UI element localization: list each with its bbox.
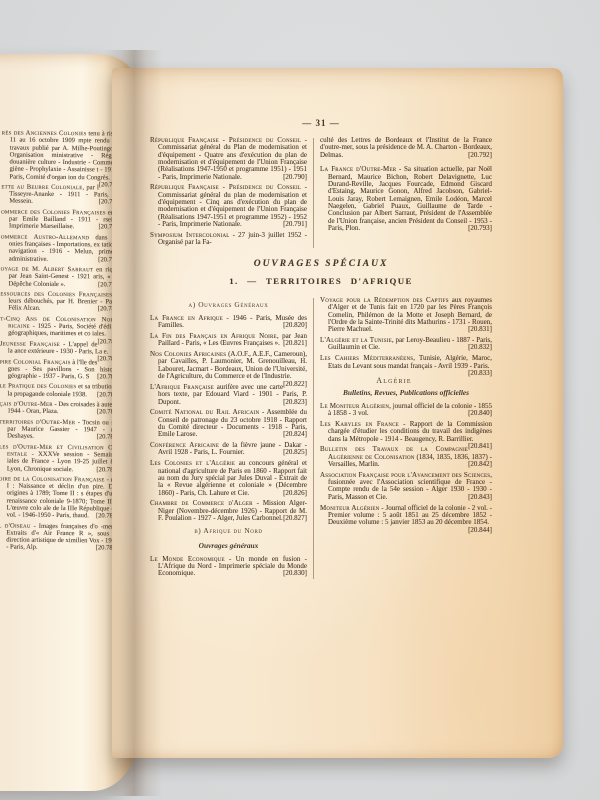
page-number: — 31 —: [150, 118, 492, 128]
bibliography-entry: Les Cahiers Méditerranéens, Tunisie, Alg…: [320, 355, 492, 370]
heading-algerie-sub: Bulletins, Revues, Publications officiel…: [320, 388, 492, 397]
column-divider: [313, 298, 314, 579]
bibliography-entry: Symposium Intercolonial - 27 juin-3 juil…: [150, 232, 307, 247]
entries-ouvrages-generaux: La France en Afrique - 1946 - Paris, Mus…: [150, 315, 307, 522]
heading-algerie: Algérie: [320, 376, 492, 385]
bibliography-entry: La France en Afrique - 1946 - Paris, Mus…: [150, 315, 307, 330]
bibliography-entry: République Française - Présidence du Con…: [150, 137, 307, 181]
bibliography-entry: Le Monde Economique - Un monde en fusion…: [150, 556, 307, 578]
bibliography-entry: ommerce Austro-Allemand dans les onies f…: [1, 233, 121, 263]
section-subtitle: 1. — TERRITOIRES D'AFRIQUE: [150, 276, 492, 286]
bibliography-entry: La France d'Outre-Mer - Sa situation act…: [320, 166, 492, 232]
bibliography-entry: Les Colonies et l'Algérie au concours gé…: [150, 460, 307, 497]
subsection-heading-a: a) Ouvrages Généraux: [150, 300, 307, 309]
bibliography-entry: rès des Anciennes Colonies tenu à ris du…: [1, 129, 121, 181]
bibliography-entry: t-Cinq Ans de Colonisation Nord-ricaine …: [0, 315, 120, 338]
right-book-page: — 31 — République Française - Présidence…: [112, 68, 563, 758]
bibliography-entry: oyage de M. Albert Sarraut en rique, par…: [0, 265, 120, 288]
left-page-text-column: rès des Anciennes Colonies tenu à ris du…: [0, 129, 122, 555]
top-columns: République Française - Présidence du Con…: [150, 137, 492, 250]
open-book-photo: rès des Anciennes Colonies tenu à ris du…: [0, 0, 600, 800]
bibliography-entry: ommerce des Colonies Françaises en 0, pa…: [1, 208, 121, 231]
bibliography-entry: République Française - Présidence du Con…: [150, 184, 307, 228]
bottom-left-column: a) Ouvrages Généraux La France en Afriqu…: [150, 297, 307, 581]
section-title: OUVRAGES SPÉCIAUX: [150, 259, 492, 269]
bibliography-entry: Association Française pour l'Avancement …: [320, 472, 492, 501]
subsection-heading-b-sub: Ouvrages généraux: [150, 541, 307, 550]
entries-territoires: Voyage pour la Rédemption des Captifs au…: [320, 297, 492, 370]
bibliography-entry: Le Moniteur Algérien, journal officiel d…: [320, 403, 492, 418]
top-left-column: République Française - Présidence du Con…: [150, 137, 307, 250]
bibliography-entry: l d'Oiseau - Images françaises d'o -mer …: [0, 522, 118, 552]
bottom-columns: a) Ouvrages Généraux La France en Afriqu…: [150, 297, 492, 581]
bibliography-entry: essources des Colonies Françaises et leu…: [0, 290, 120, 313]
bottom-right-column: Voyage pour la Rédemption des Captifs au…: [320, 297, 492, 581]
bibliography-entry: Chambre de Commerce d'Alger - Mission Al…: [150, 500, 307, 522]
entries-algerie: Le Moniteur Algérien, journal officiel d…: [320, 403, 492, 527]
entries-afrique-du-nord: Le Monde Economique - Un monde en fusion…: [150, 556, 307, 578]
bibliography-entry: Moniteur Algérien - Journal officiel de …: [320, 505, 492, 527]
bibliography-entry: Les Kabyles en France - Rapport de la Co…: [320, 421, 492, 443]
bibliography-entry: Conférence Africaine de la fièvre jaune …: [150, 442, 307, 457]
bibliography-entry: territoires d'Outre-Mer - Tocsin ou s ? …: [0, 418, 119, 441]
top-right-entries: La France d'Outre-Mer - Sa situation act…: [320, 166, 492, 232]
bibliography-entry: les d'Outre-Mer et Civilisation Oc-ental…: [0, 443, 119, 473]
bibliography-entry: Bulletin des Travaux de la Compagnie Alg…: [320, 446, 492, 468]
subsection-heading-b: b) Afrique du Nord: [150, 526, 307, 535]
bibliography-entry: Voyage pour la Rédemption des Captifs au…: [320, 297, 492, 334]
bibliography-entry: La Fin des Français en Afrique Noire, pa…: [150, 333, 307, 348]
photo-open-book: { "palette":{"background_grey":"#d8dadb"…: [0, 0, 600, 800]
bibliography-entry: le Pratique des Colonies et sa tribution…: [0, 383, 120, 399]
top-right-column: culté des Lettres de Bordeaux et l'Insti…: [320, 137, 492, 250]
column-divider: [313, 138, 314, 248]
bibliography-entry: Comité National du Rail Africain - Assem…: [150, 409, 307, 438]
bibliography-entry: L'Algérie et la Tunisie, par Leroy-Beaul…: [320, 337, 492, 352]
page-content: — 31 — République Française - Présidence…: [150, 118, 492, 581]
entry-continuation: culté des Lettres de Bordeaux et l'Insti…: [320, 137, 492, 159]
bibliography-entry: oire de la Colonisation Française - me I…: [0, 475, 119, 520]
bibliography-entry: çais d'Outre-Mer - Des croisades à autey…: [0, 401, 119, 417]
bibliography-entry: Nos Colonies Africaines (A.O.F., A.E.F.,…: [150, 351, 307, 380]
